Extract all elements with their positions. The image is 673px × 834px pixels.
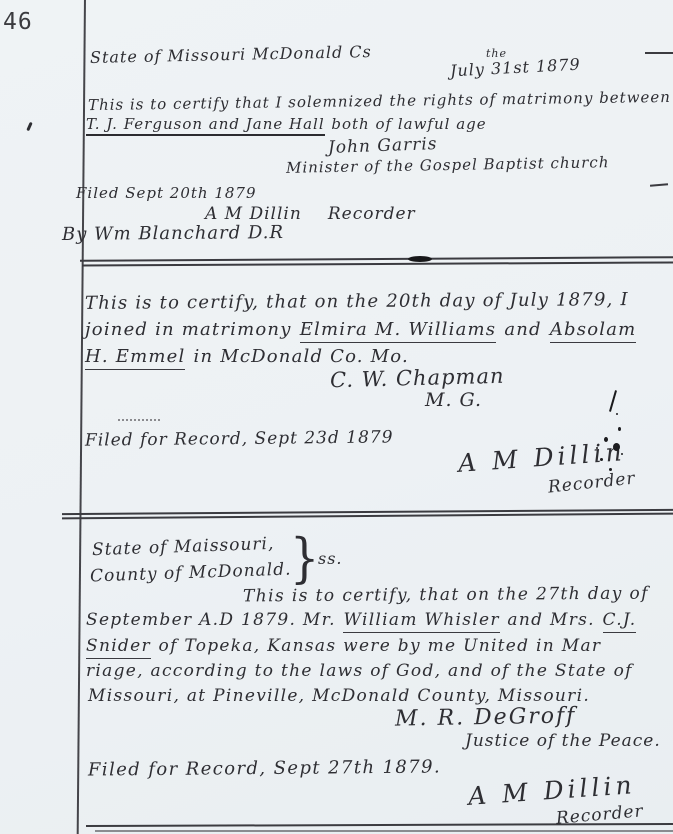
bottom-rule [95,830,673,832]
record2-line2: joined in matrimonyElmira M. Williamsand… [85,320,636,343]
record3-bride-initials: C.J. [603,611,637,633]
record2-certify-line: This is to certify, that on the 20th day… [85,290,629,314]
ink-speck [609,468,612,471]
record1-officiant-signature: John Garris [328,135,438,158]
record1-certify-line: This is to certify that I solemnized the… [88,89,671,114]
record3-line4: riage, according to the laws of God, and… [86,662,633,682]
top-right-rule [645,52,673,54]
record3-line2-prefix: September A.D 1879. Mr. [86,611,336,631]
ink-speck [596,447,598,449]
smudge-mark [118,419,160,421]
record3-state-line: State of Maissouri, [92,535,275,561]
ink-speck [600,458,603,461]
stray-mark [26,122,32,131]
record1-names-suffix: both of lawful age [331,116,486,133]
ink-speck [618,427,621,431]
record1-couple-names: T. J. Ferguson and Jane Hall [86,116,325,136]
record1-recorder-title: Recorder [328,205,416,225]
record3-county-line: County of McDonald. [90,560,292,587]
divider-line [82,261,673,266]
ink-speck [604,437,608,442]
record2-line3-suffix: in McDonald Co. Mo. [194,347,409,368]
record2-filed-line: Filed for Record, Sept 23d 1879 [85,428,394,451]
ink-speck [609,390,617,412]
record3-groom-name: William Whisler [343,611,499,633]
record3-brace: } [290,528,320,589]
ink-speck [616,413,618,415]
record3-line3-suffix: of Topeka, Kansas were by me United in M… [159,637,602,657]
ink-speck [621,453,623,455]
left-margin-line [77,0,86,834]
record2-bride-name: Elmira M. Williams [300,320,497,343]
record2-groom-name-part2: H. Emmel [85,347,185,370]
record3-officiant-signature: M. R. DeGroff [395,703,577,731]
record3-ss-label: ss. [318,550,343,568]
record1-date: July 31st 1879 [450,56,582,81]
record3-line3: Sniderof Topeka, Kansas were by me Unite… [86,637,601,659]
page-number: 46 [3,9,33,35]
record3-officiant-title: Justice of the Peace. [465,732,661,752]
record1-heading: State of Missouri McDonald Cs [90,43,372,67]
record1-deputy-line: By Wm Blanchard D.R [62,223,284,246]
record1-filed-line: Filed Sept 20th 1879 [76,185,257,202]
record3-line2-mid: and Mrs. [507,611,594,631]
record3-bride-surname: Snider [86,637,151,659]
record2-groom-name-part1: Absolam [550,320,637,343]
record3-recorder-title: Recorder [555,802,644,829]
ledger-page: 46 State of Missouri McDonald Cs the Jul… [0,0,673,834]
ink-blob [408,256,432,262]
divider-line [80,256,673,261]
record3-certify-line: This is to certify, that on the 27th day… [243,585,649,607]
record3-line2: September A.D 1879. Mr.William Whisleran… [86,611,636,633]
record2-line3: H. Emmelin McDonald Co. Mo. [85,347,409,370]
record2-recorder-title: Recorder [547,469,636,498]
ink-speck [613,443,620,451]
right-edge-dash [650,183,668,186]
record1-names-line: T. J. Ferguson and Jane Hallboth of lawf… [86,116,487,136]
record2-officiant-title: M. G. [425,390,482,412]
record2-line2-prefix: joined in matrimony [85,320,292,341]
record2-conjunction: and [504,320,541,341]
record3-filed-line: Filed for Record, Sept 27th 1879. [88,757,441,781]
record1-officiant-title: Minister of the Gospel Baptist church [286,154,610,177]
